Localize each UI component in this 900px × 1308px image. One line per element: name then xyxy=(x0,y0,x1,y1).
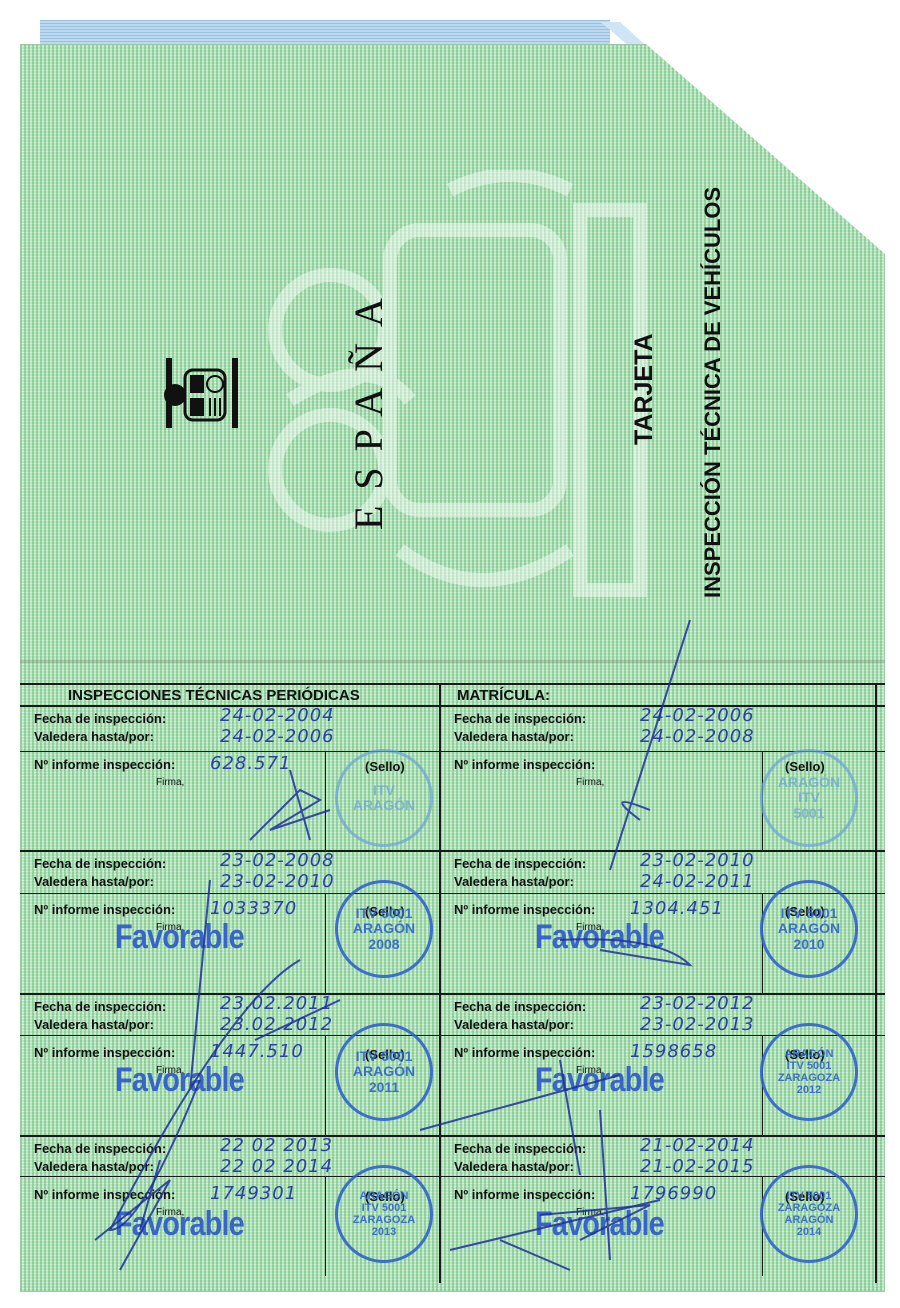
inspection-date: 22 02 2013 xyxy=(220,1135,333,1156)
inspection-date: 24-02-2006 xyxy=(640,705,755,726)
report-number: 1796990 xyxy=(630,1183,717,1204)
seal-line: 2011 xyxy=(369,1080,399,1095)
seal-line: ZARAGOZA xyxy=(778,1072,840,1084)
seal-line: ZARAGOZA xyxy=(778,1202,840,1214)
seal-line: ARAGÓN xyxy=(353,921,415,936)
itv-seal-stamp: ARAGÓNITV5001 xyxy=(760,749,858,847)
label-firma: Firma, xyxy=(576,777,604,788)
seal-line: ARAGÓN xyxy=(778,921,840,936)
valid-until-date: 24-02-2011 xyxy=(640,871,755,892)
label-fecha: Fecha de inspección: xyxy=(454,856,586,871)
itv-seal-stamp: ITV 5001ARAGÓN2008 xyxy=(335,880,433,978)
label-fecha: Fecha de inspección: xyxy=(34,1141,166,1156)
seal-line: ITV 5001 xyxy=(356,1049,413,1064)
valid-until-date: 23-02-2010 xyxy=(220,871,335,892)
seal-line: ARAGÓN xyxy=(353,1064,415,1079)
result-stamp-favorable: Favorable xyxy=(535,1061,664,1100)
valid-until-date: 23-02-2013 xyxy=(640,1014,755,1035)
itv-seal-stamp: ITV 5001ARAGÓN2010 xyxy=(760,880,858,978)
seal-line: 2008 xyxy=(368,937,399,952)
label-fecha: Fecha de inspección: xyxy=(34,999,166,1014)
card-fold-line xyxy=(20,660,885,663)
itv-seal-stamp: ARAGÓNITV 5001ZARAGOZA2012 xyxy=(760,1023,858,1121)
result-stamp-favorable: Favorable xyxy=(535,918,664,957)
seal-line: ZARAGOZA xyxy=(353,1214,415,1226)
label-informe: Nº informe inspección: xyxy=(34,757,175,772)
itv-seal-stamp: ITV 5001ARAGÓN2011 xyxy=(335,1023,433,1121)
country-title: ESPAÑA xyxy=(295,250,355,530)
label-valedera: Valedera hasta/por: xyxy=(454,1017,574,1032)
report-number: 1033370 xyxy=(210,898,297,919)
seal-line: ITV 5001 xyxy=(787,1190,832,1202)
itv-seal-stamp: ARAGÓNITV 5001ZARAGOZA2013 xyxy=(335,1165,433,1263)
valid-until-date: 24-02-2008 xyxy=(640,726,755,747)
inspection-date: 23-02-2012 xyxy=(640,993,755,1014)
label-informe: Nº informe inspección: xyxy=(454,757,595,772)
inspection-date: 23-02-2010 xyxy=(640,850,755,871)
label-informe: Nº informe inspección: xyxy=(454,1045,595,1060)
result-stamp-favorable: Favorable xyxy=(535,1205,664,1244)
seal-line: ITV 5001 xyxy=(787,1060,832,1072)
report-number: 1749301 xyxy=(210,1183,297,1204)
result-stamp-favorable: Favorable xyxy=(115,1205,244,1244)
valid-until-date: 24-02-2006 xyxy=(220,726,335,747)
seal-line: ITV 5001 xyxy=(362,1202,407,1214)
label-fecha: Fecha de inspección: xyxy=(34,711,166,726)
label-firma: Firma, xyxy=(156,777,184,788)
seal-line: 2013 xyxy=(372,1226,396,1238)
seal-line: ARAGÓN xyxy=(360,1190,409,1202)
seal-line: 5001 xyxy=(793,806,824,821)
itv-seal-stamp: ITV 5001ZARAGOZAARAGÓN2014 xyxy=(760,1165,858,1263)
seal-line: ITV xyxy=(373,783,395,798)
inspection-date: 23.02.2011 xyxy=(220,993,333,1014)
seal-line: ARAGÓN xyxy=(353,798,415,813)
report-number: 1447.510 xyxy=(210,1041,304,1062)
label-informe: Nº informe inspección: xyxy=(454,902,595,917)
valid-until-date: 23.02.2012 xyxy=(220,1014,333,1035)
label-valedera: Valedera hasta/por: xyxy=(34,1017,154,1032)
section-header-inspections: INSPECCIONES TÉCNICAS PERIÓDICAS xyxy=(68,687,360,704)
label-fecha: Fecha de inspección: xyxy=(454,999,586,1014)
label-informe: Nº informe inspección: xyxy=(454,1187,595,1202)
result-stamp-favorable: Favorable xyxy=(115,1061,244,1100)
itv-seal-stamp: ITVARAGÓN xyxy=(335,749,433,847)
label-fecha: Fecha de inspección: xyxy=(454,1141,586,1156)
valid-until-date: 21-02-2015 xyxy=(640,1156,755,1177)
label-valedera: Valedera hasta/por: xyxy=(34,729,154,744)
seal-line: ARAGÓN xyxy=(778,775,840,790)
label-valedera: Valedera hasta/por: xyxy=(454,874,574,889)
seal-line: ITV 5001 xyxy=(356,906,413,921)
label-valedera: Valedera hasta/por: xyxy=(454,729,574,744)
label-valedera: Valedera hasta/por: xyxy=(34,874,154,889)
label-fecha: Fecha de inspección: xyxy=(454,711,586,726)
seal-line: 2012 xyxy=(797,1084,821,1096)
inspection-date: 21-02-2014 xyxy=(640,1135,755,1156)
label-informe: Nº informe inspección: xyxy=(34,902,175,917)
label-informe: Nº informe inspección: xyxy=(34,1187,175,1202)
label-fecha: Fecha de inspección: xyxy=(34,856,166,871)
report-number: 1598658 xyxy=(630,1041,717,1062)
result-stamp-favorable: Favorable xyxy=(115,918,244,957)
report-number: 628.571 xyxy=(210,753,291,774)
seal-line: ITV 5001 xyxy=(781,906,838,921)
section-header-plate: MATRÍCULA: xyxy=(457,687,550,704)
valid-until-date: 22 02 2014 xyxy=(220,1156,333,1177)
seal-line: 2010 xyxy=(793,937,824,952)
inspection-date: 23-02-2008 xyxy=(220,850,335,871)
label-valedera: Valedera hasta/por: xyxy=(454,1159,574,1174)
seal-line: ITV xyxy=(798,790,820,805)
label-informe: Nº informe inspección: xyxy=(34,1045,175,1060)
seal-line: ARAGÓN xyxy=(785,1048,834,1060)
seal-line: 2014 xyxy=(797,1226,821,1238)
spain-coat-of-arms-icon xyxy=(160,350,245,435)
seal-line: ARAGÓN xyxy=(785,1214,834,1226)
label-valedera: Valedera hasta/por: xyxy=(34,1159,154,1174)
inspection-date: 24-02-2004 xyxy=(220,705,335,726)
report-number: 1304.451 xyxy=(630,898,724,919)
